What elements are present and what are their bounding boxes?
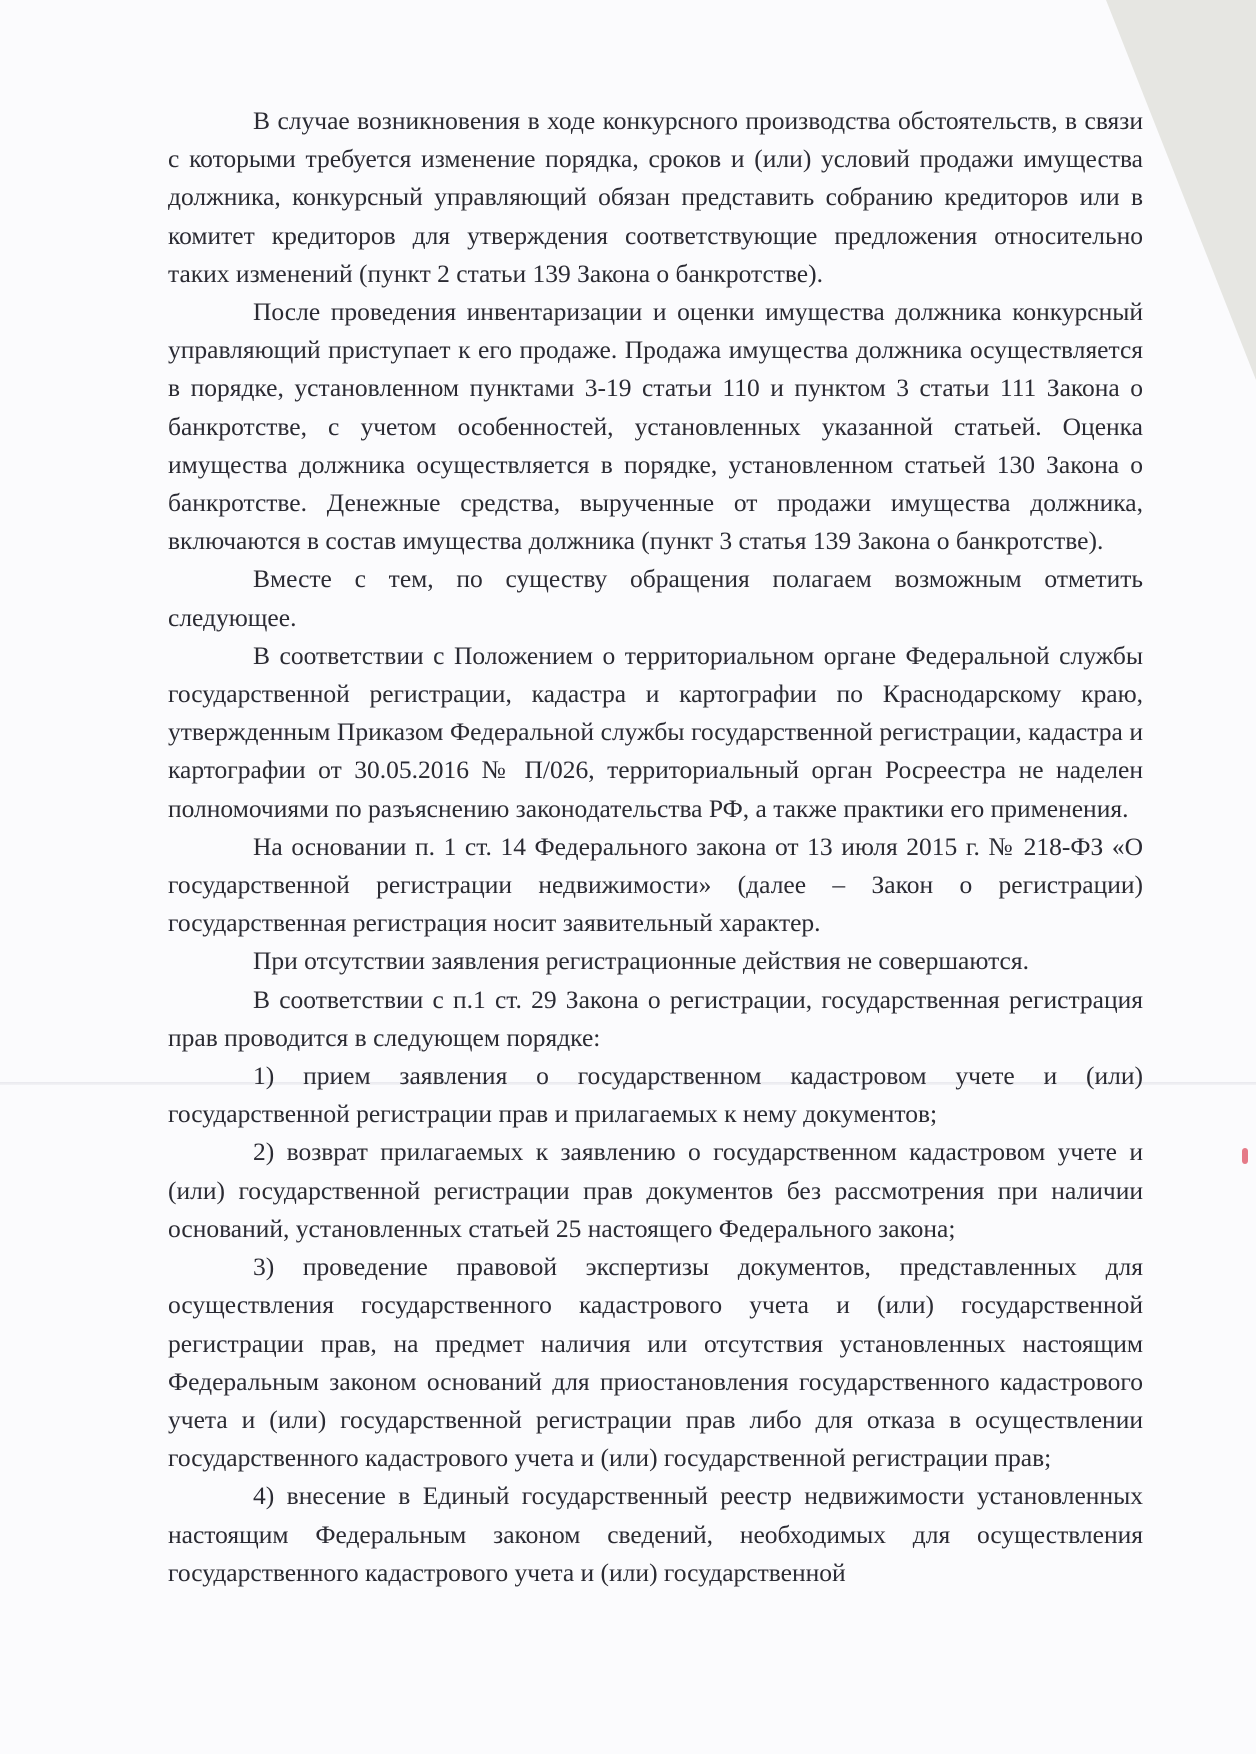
ink-mark <box>1242 1148 1248 1164</box>
list-item-4: 4) внесение в Единый государственный рее… <box>168 1477 1143 1592</box>
paragraph-sale-procedure: После проведения инвентаризации и оценки… <box>168 293 1143 560</box>
document-body: В случае возникновения в ходе конкурсног… <box>168 102 1143 1592</box>
paragraph-sale-order-changes: В случае возникновения в ходе конкурсног… <box>168 102 1143 293</box>
paragraph-no-application: При отсутствии заявления регистрационные… <box>168 942 1143 980</box>
list-item-1: 1) прием заявления о государственном кад… <box>168 1057 1143 1133</box>
paragraph-note: Вместе с тем, по существу обращения пола… <box>168 560 1143 636</box>
document-page: В случае возникновения в ходе конкурсног… <box>0 0 1256 1754</box>
paragraph-registration-order: В соответствии с п.1 ст. 29 Закона о рег… <box>168 981 1143 1057</box>
paragraph-declarative-registration: На основании п. 1 ст. 14 Федерального за… <box>168 828 1143 943</box>
list-item-3: 3) проведение правовой экспертизы докуме… <box>168 1248 1143 1477</box>
list-item-2: 2) возврат прилагаемых к заявлению о гос… <box>168 1133 1143 1248</box>
paragraph-rosreestr-powers: В соответствии с Положением о территориа… <box>168 637 1143 828</box>
